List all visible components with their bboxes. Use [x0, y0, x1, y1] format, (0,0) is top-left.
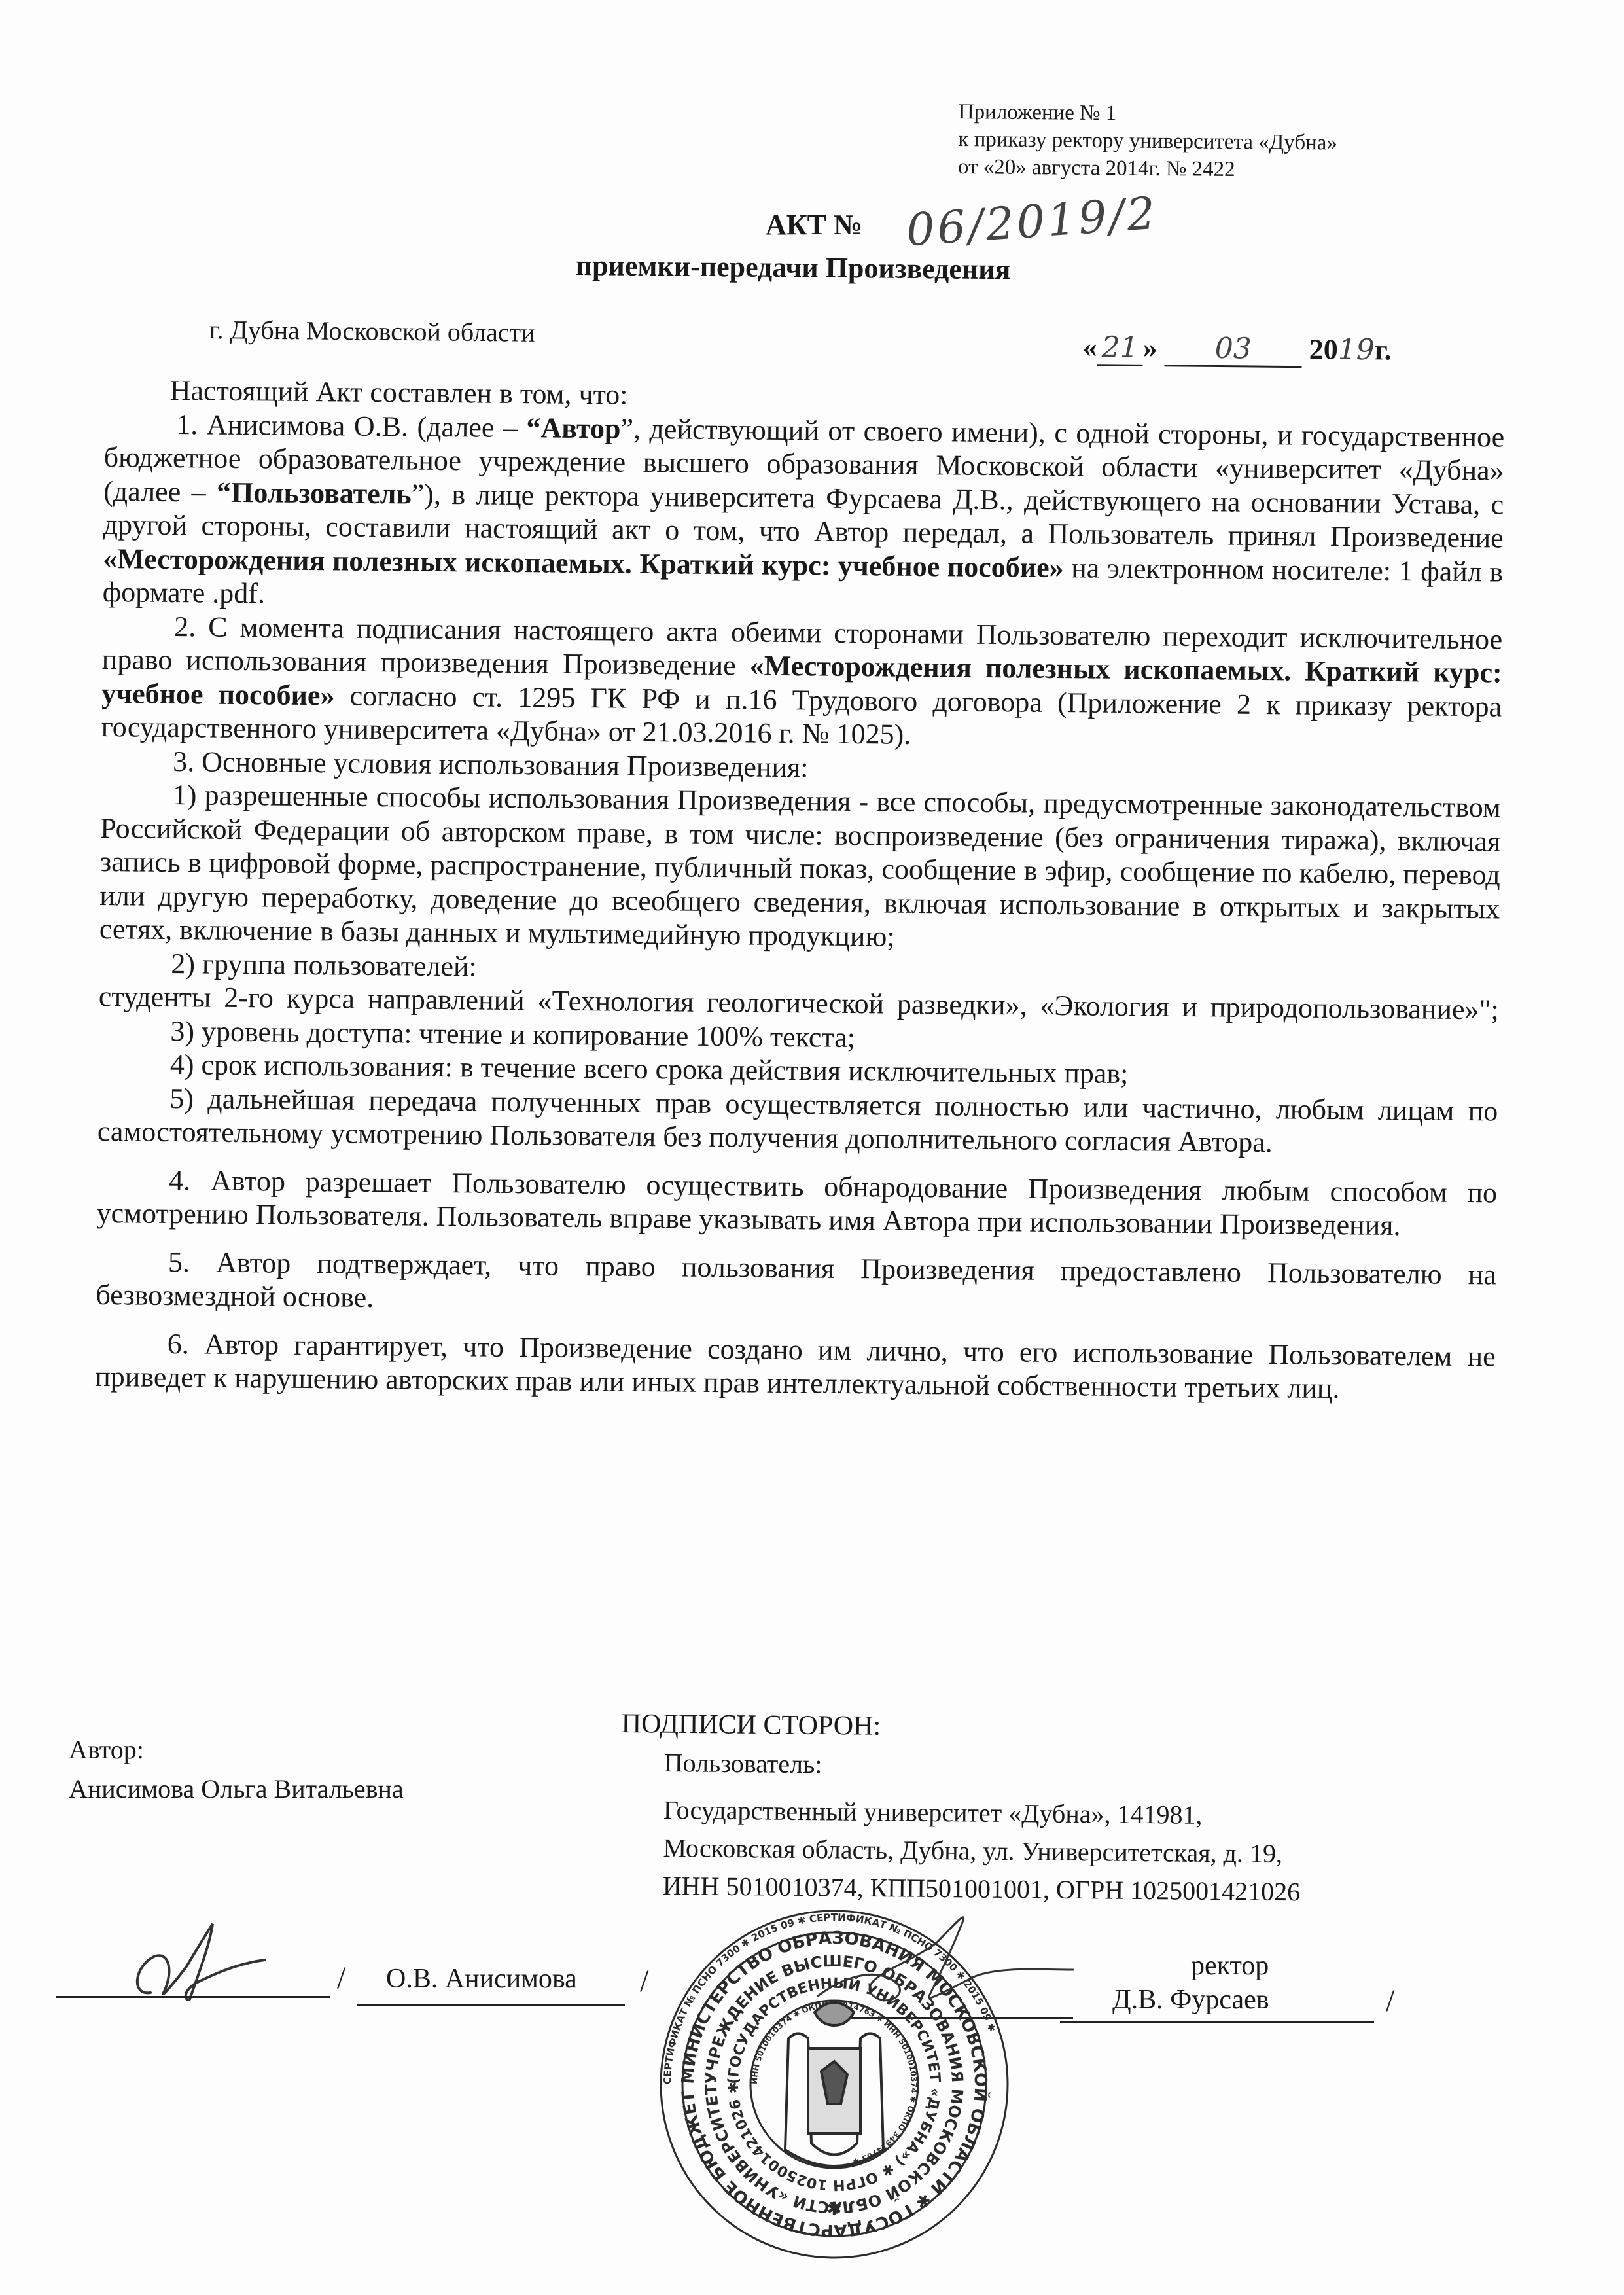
place-of-signing: г. Дубна Московской области	[209, 314, 535, 348]
section-1-text-a: 1. Анисимова О.В. (далее –	[176, 408, 527, 444]
appendix-line-3: от «20» августа 2014г. № 2422	[958, 153, 1337, 185]
document-page: Приложение № 1 к приказу ректору универс…	[0, 0, 1624, 2295]
appendix-header: Приложение № 1 к приказу ректору универс…	[958, 98, 1338, 185]
section-3-item-1: 1) разрешенные способы использования Про…	[99, 777, 1501, 959]
user-name-line	[1060, 2021, 1374, 2023]
svg-text:✱: ✱	[826, 2199, 841, 2220]
date-year-prefix: 20	[1309, 333, 1338, 365]
author-short-name: О.В. Анисимова	[386, 1963, 577, 1995]
section-2: 2. С момента подписания настоящего акта …	[101, 609, 1503, 757]
user-short-name: Д.В. Фурсаев	[1112, 1984, 1269, 2016]
section-1: 1. Анисимова О.В. (далее – “Автор”, дейс…	[103, 406, 1505, 622]
act-number-handwritten: 06/2019/2	[905, 188, 1159, 257]
section-3-item-5: 5) дальнейшая передача полученных прав о…	[97, 1080, 1498, 1162]
date-year-end: г.	[1374, 334, 1392, 366]
date-open-quote: «	[1083, 331, 1097, 363]
slash-2: /	[640, 1963, 648, 1999]
date-close-quote: »	[1143, 332, 1157, 364]
user-label: Пользователь:	[663, 1744, 1301, 1788]
signatures-title: ПОДПИСИ СТОРОН:	[622, 1708, 881, 1742]
date-day: 21	[1097, 330, 1143, 366]
act-date: «21» 03 2019г.	[1082, 330, 1392, 369]
act-subtitle: приемки-передачи Произведения	[576, 249, 1011, 286]
appendix-line-2: к приказу ректору университета «Дубна»	[958, 126, 1337, 157]
act-title: АКТ №	[766, 208, 862, 241]
user-details: Пользователь: Государственный университе…	[663, 1744, 1302, 1911]
user-org-line-1: Государственный университет «Дубна», 141…	[663, 1791, 1301, 1835]
section-4: 4. Автор разрешает Пользователю осуществ…	[96, 1162, 1497, 1243]
act-body: Настоящий Акт составлен в том, что: 1. А…	[95, 373, 1505, 1407]
slash-1: /	[337, 1960, 345, 1996]
author-label: Автор:	[69, 1734, 144, 1765]
user-org-line-2: Московская область, Дубна, ул. Университ…	[663, 1829, 1301, 1873]
date-year-suffix: 19	[1337, 333, 1374, 367]
author-full-name: Анисимова Ольга Витальевна	[69, 1773, 404, 1804]
appendix-line-1: Приложение № 1	[959, 98, 1338, 130]
user-position: ректор	[1191, 1950, 1269, 1982]
term-user: “Пользователь	[217, 476, 412, 510]
section-5: 5. Автор подтверждает, что право пользов…	[96, 1244, 1496, 1325]
author-name-line	[357, 2004, 625, 2006]
rector-signature-icon	[805, 1904, 1080, 2035]
slash-4: /	[1386, 1983, 1394, 2019]
author-signature-icon	[124, 1921, 268, 2012]
author-signature-line	[56, 1996, 330, 1998]
date-month: 03	[1164, 331, 1302, 368]
section-6: 6. Автор гарантирует, что Произведение с…	[95, 1326, 1496, 1407]
term-author: “Автор	[526, 412, 620, 444]
